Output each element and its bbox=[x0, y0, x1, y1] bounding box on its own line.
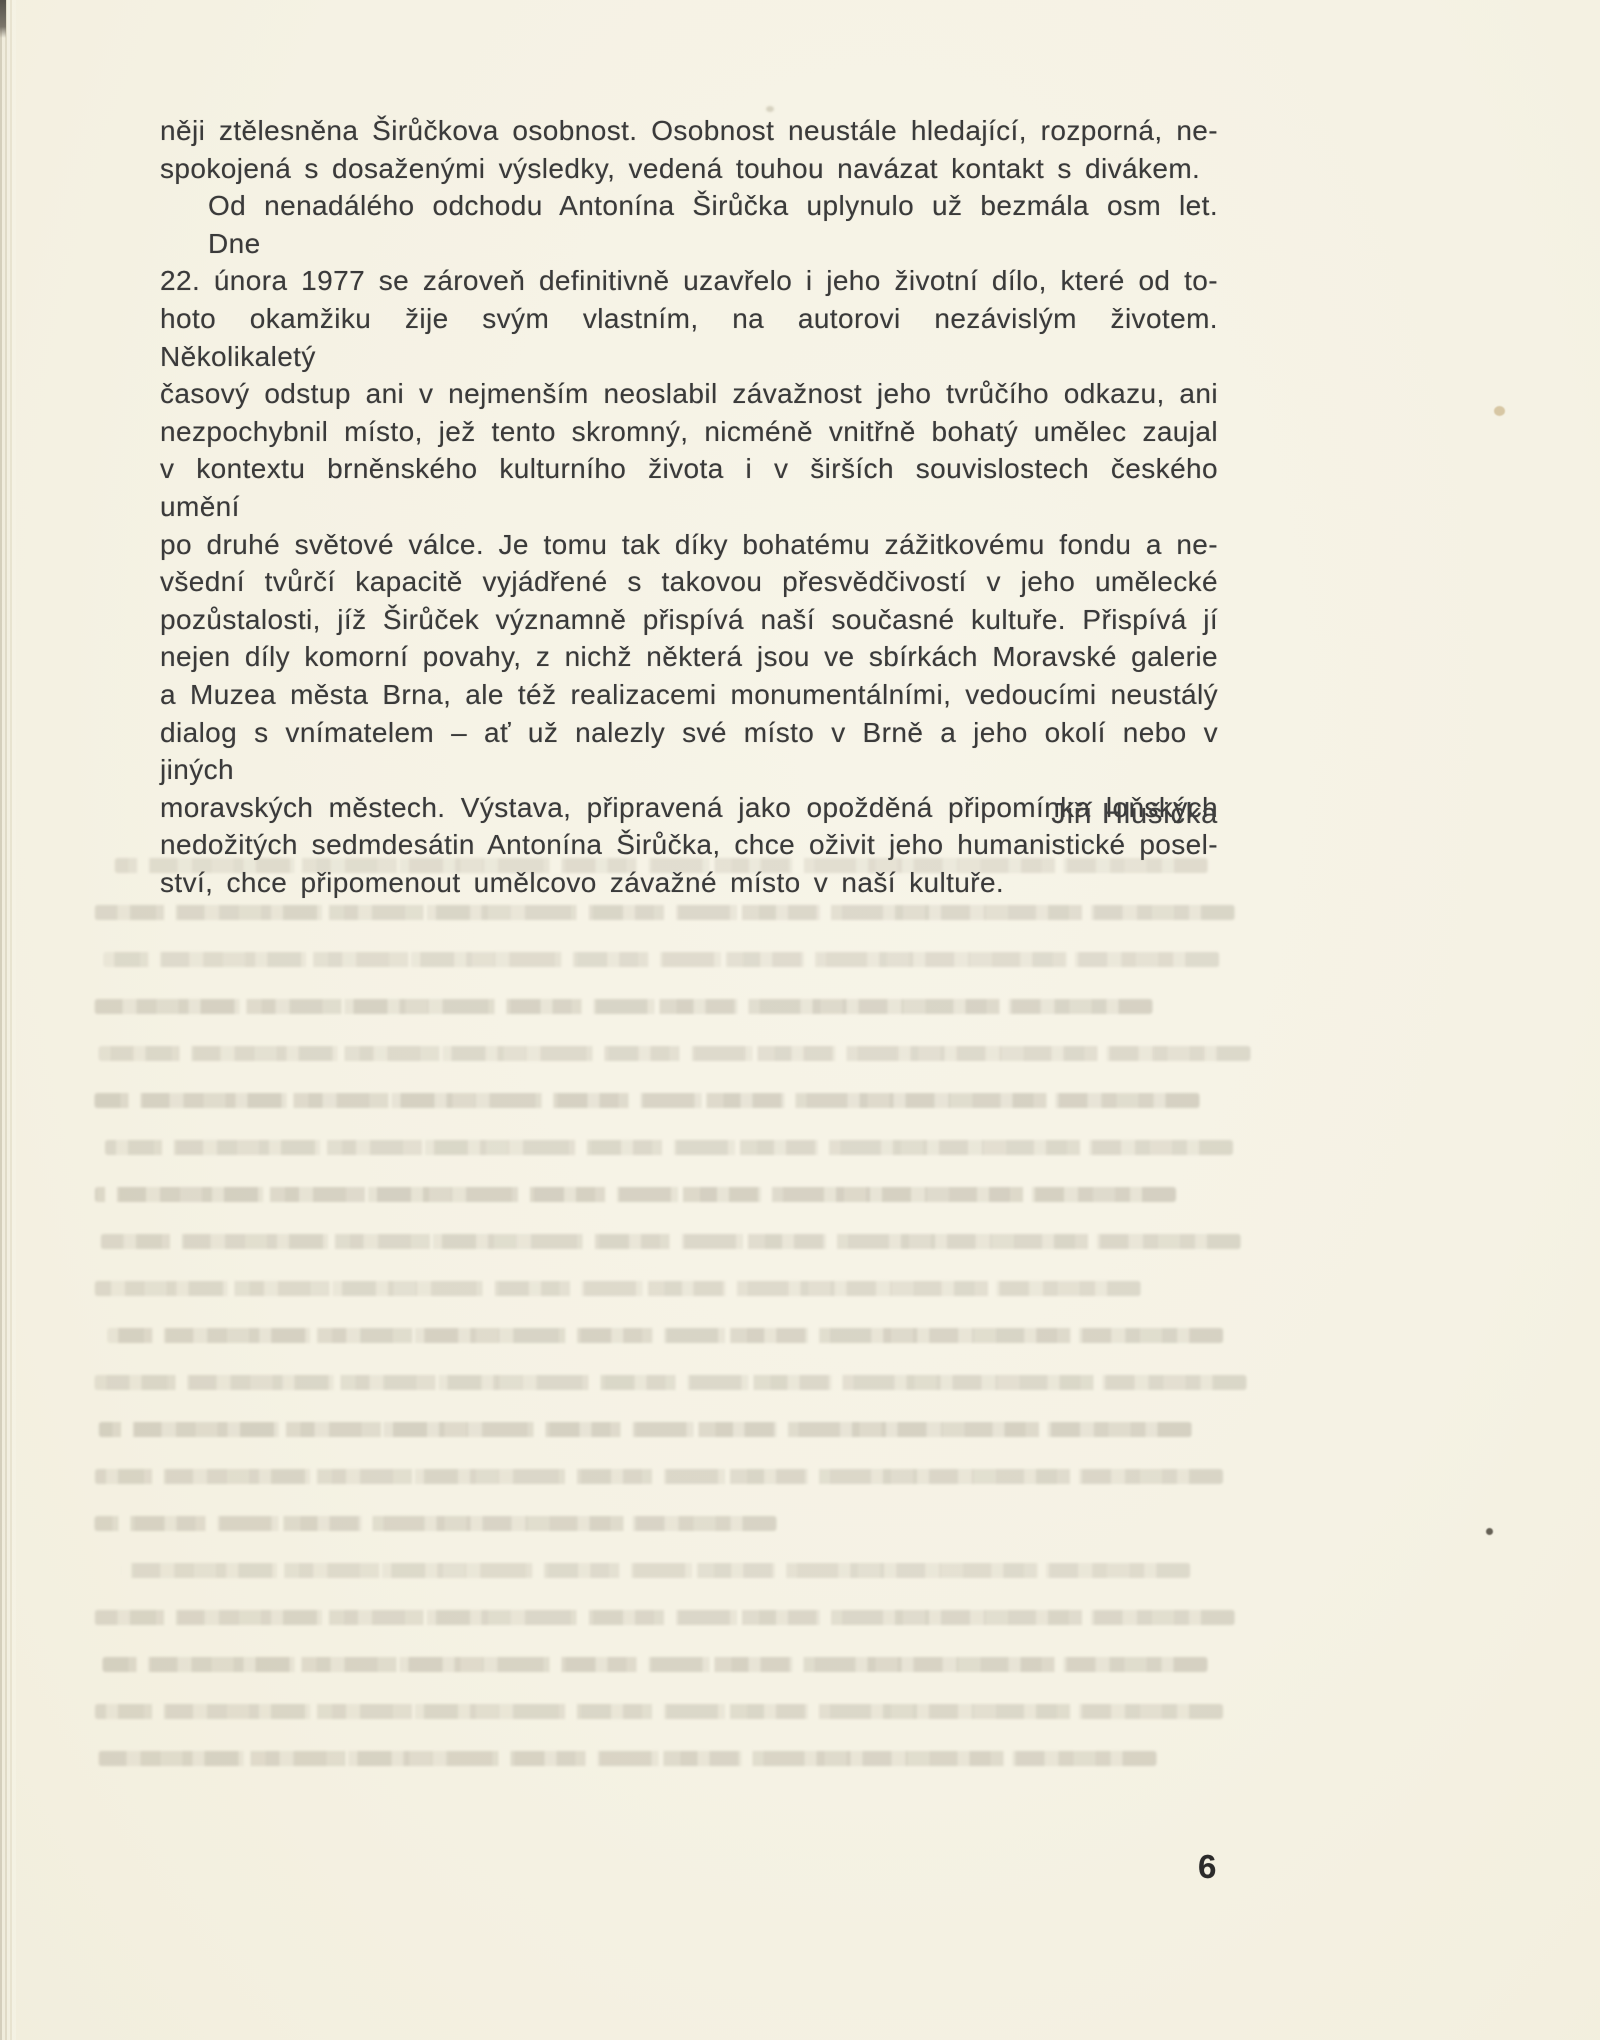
ghost-text-line bbox=[95, 1281, 1141, 1296]
text-line: pozůstalosti, jíž Širůček významně přisp… bbox=[160, 601, 1218, 639]
ghost-text-line bbox=[99, 1046, 1251, 1061]
ghost-text-line bbox=[95, 999, 1153, 1014]
ghost-text-line bbox=[95, 1516, 777, 1531]
book-page-edge bbox=[0, 0, 16, 2040]
scan-corner-mark bbox=[0, 0, 6, 38]
text-line: hoto okamžiku žije svým vlastním, na aut… bbox=[160, 300, 1218, 375]
text-line: nejen díly komorní povahy, z nichž někte… bbox=[160, 638, 1218, 676]
ghost-text-line bbox=[95, 1704, 1223, 1719]
text-line: něji ztělesněna Širůčkova osobnost. Osob… bbox=[160, 112, 1218, 150]
author-signature: Jiří Hlušička bbox=[160, 798, 1218, 831]
ghost-text-line bbox=[103, 1657, 1208, 1672]
ghost-text-line bbox=[115, 858, 1208, 873]
text-line: a Muzea města Brna, ale též realizacemi … bbox=[160, 676, 1218, 714]
text-line: v kontextu brněnského kulturního života … bbox=[160, 450, 1218, 525]
ghost-text-line bbox=[103, 952, 1219, 967]
ghost-text-line bbox=[107, 1328, 1223, 1343]
ghost-text-line bbox=[95, 1187, 1176, 1202]
page-number: 6 bbox=[1198, 1848, 1216, 1886]
text-line: Od nenadálého odchodu Antonína Širůčka u… bbox=[160, 187, 1218, 262]
scanned-book-page: něji ztělesněna Širůčkova osobnost. Osob… bbox=[0, 0, 1600, 2040]
foxing-speck bbox=[1494, 406, 1505, 416]
ghost-text-line bbox=[121, 1563, 1190, 1578]
ghost-text-line bbox=[95, 1093, 1200, 1108]
bleedthrough-ghost-text bbox=[95, 858, 1270, 1798]
text-line: nezpochybnil místo, jež tento skromný, n… bbox=[160, 413, 1218, 451]
ghost-text-line bbox=[95, 905, 1235, 920]
ghost-text-line bbox=[105, 1140, 1233, 1155]
ghost-text-line bbox=[95, 1610, 1235, 1625]
text-line: časový odstup ani v nejmenším neoslabil … bbox=[160, 375, 1218, 413]
body-text-block: něji ztělesněna Širůčkova osobnost. Osob… bbox=[160, 112, 1218, 901]
text-line: dialog s vnímatelem – ať už nalezly své … bbox=[160, 714, 1218, 789]
ghost-text-line bbox=[99, 1751, 1157, 1766]
ghost-text-line bbox=[99, 1422, 1192, 1437]
ink-speck bbox=[1486, 1528, 1493, 1535]
ghost-text-line bbox=[95, 1375, 1247, 1390]
text-line: spokojená s dosaženými výsledky, vedená … bbox=[160, 150, 1218, 188]
text-line: 22. února 1977 se zároveň definitivně uz… bbox=[160, 262, 1218, 300]
text-line: všední tvůrčí kapacitě vyjádřené s takov… bbox=[160, 563, 1218, 601]
ghost-text-line bbox=[101, 1234, 1241, 1249]
ghost-text-line bbox=[95, 1469, 1223, 1484]
text-line: po druhé světové válce. Je tomu tak díky… bbox=[160, 526, 1218, 564]
paper-blemish bbox=[766, 106, 774, 112]
